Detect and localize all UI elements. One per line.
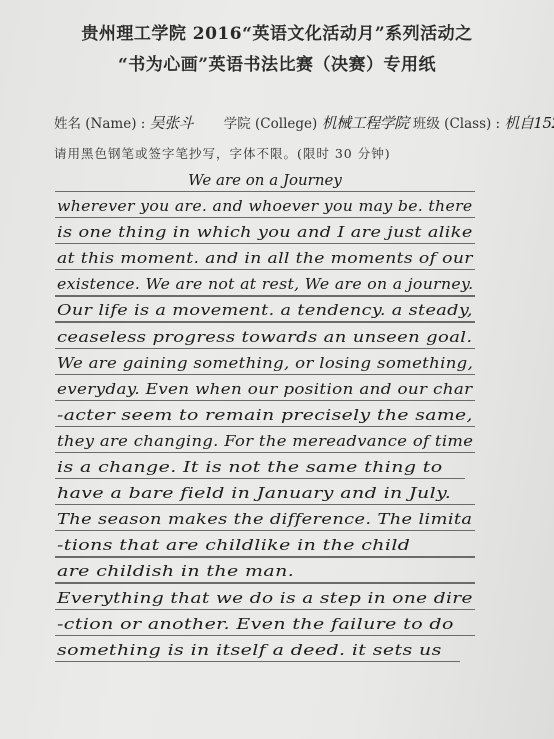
calligraphy-sheet: 贵州理工学院 2016“英语文化活动月”系列活动之 “书为心画”英语书法比赛（决… xyxy=(0,0,554,739)
essay-line: is one thing in which you and I are just… xyxy=(57,224,473,241)
essay-line: is a change. It is not the same thing to xyxy=(57,459,443,476)
writing-rule xyxy=(55,243,475,244)
name-label: 姓名 (Name) : xyxy=(54,116,145,132)
sheet-title-line-1: 贵州理工学院 2016“英语文化活动月”系列活动之 xyxy=(0,19,554,44)
essay-line: -tions that are childlike in the child xyxy=(57,537,410,554)
writing-rule xyxy=(55,582,475,583)
sheet-title-line-2: “书为心画”英语书法比赛（决赛）专用纸 xyxy=(0,50,554,75)
essay-line: they are changing. For the mereadvance o… xyxy=(57,433,473,450)
class-label: 班级 (Class) : xyxy=(413,116,500,132)
writing-rule xyxy=(55,452,475,453)
essay-title: We are on a Journey xyxy=(55,171,475,189)
essay-line: -acter seem to remain precisely the same… xyxy=(57,407,473,424)
writing-rule xyxy=(55,321,475,322)
essay-line: wherever you are. and whoever you may be… xyxy=(57,198,473,215)
essay-line: ceaseless progress towards an unseen goa… xyxy=(57,329,473,346)
student-info-row: 姓名 (Name) : 吴张斗 学院 (College) 机械工程学院 班级 (… xyxy=(54,112,534,133)
writing-rule xyxy=(55,374,475,375)
writing-rule xyxy=(55,504,475,505)
writing-rule xyxy=(55,269,475,270)
title-rule xyxy=(55,191,475,192)
writing-rule xyxy=(55,635,475,636)
class-value: 机自152 xyxy=(504,114,554,132)
writing-rule xyxy=(55,295,475,296)
essay-line: have a bare field in January and in July… xyxy=(57,485,451,502)
essay-line: -ction or another. Even the failure to d… xyxy=(57,616,454,633)
essay-line: everyday. Even when our position and our… xyxy=(57,381,473,398)
essay-line: are childish in the man. xyxy=(57,563,294,580)
name-value: 吴张斗 xyxy=(150,114,194,132)
writing-rule xyxy=(55,217,475,218)
essay-line: at this moment. and in all the moments o… xyxy=(57,250,473,267)
essay-line: Our life is a movement. a tendency. a st… xyxy=(57,302,473,319)
writing-rule xyxy=(55,426,475,427)
essay-line: Everything that we do is a step in one d… xyxy=(57,590,473,607)
college-label: 学院 (College) xyxy=(224,116,318,132)
writing-rule xyxy=(55,556,475,557)
essay-line: existence. We are not at rest, We are on… xyxy=(57,276,473,293)
writing-rule xyxy=(55,478,465,479)
writing-rule xyxy=(55,348,475,349)
writing-rule xyxy=(55,400,475,401)
writing-rule xyxy=(55,530,475,531)
essay-line: We are gaining something, or losing some… xyxy=(57,355,473,372)
essay-line: The season makes the difference. The lim… xyxy=(57,511,472,528)
instruction-text: 请用黑色钢笔或签字笔抄写，字体不限。(限时 30 分钟) xyxy=(54,144,391,162)
college-value: 机械工程学院 xyxy=(322,114,409,132)
essay-line: something is in itself a deed. it sets u… xyxy=(57,642,442,659)
writing-rule xyxy=(55,609,475,610)
writing-rule xyxy=(55,661,460,662)
